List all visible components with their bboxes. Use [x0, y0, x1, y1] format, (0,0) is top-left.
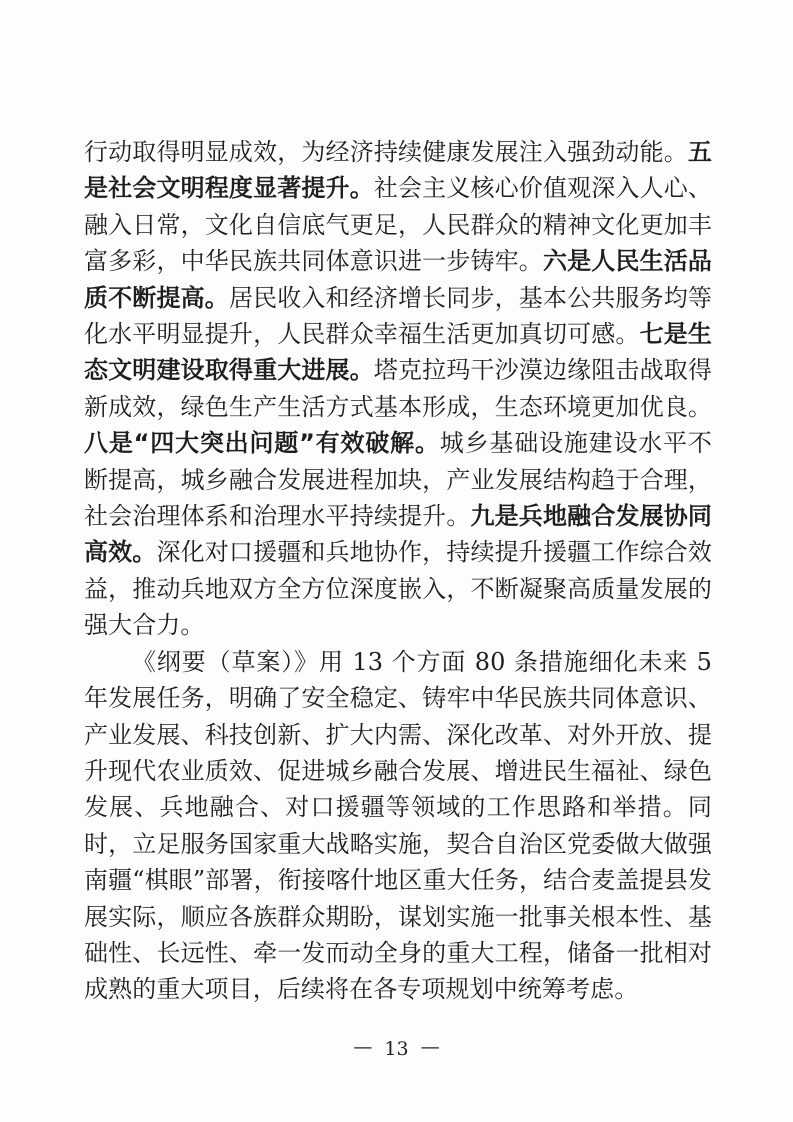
outline-paragraph: 《纲要（草案）》用 13 个方面 80 条措施细化未来 5 年发展任务，明确了安…	[84, 644, 712, 1008]
document-page: 行动取得明显成效，为经济持续健康发展注入强劲动能。五是社会文明程度显著提升。社会…	[0, 0, 793, 1122]
section-heading-run: 八是“四大突出问题”有效破解。	[84, 429, 440, 457]
footer-dash-left: —	[353, 1036, 372, 1058]
text-run: 行动取得明显成效，为经济持续健康发展注入强劲动能。	[84, 138, 688, 166]
footer-dash-right: —	[421, 1036, 440, 1058]
page-footer: —13—	[0, 1038, 793, 1060]
page-number: 13	[384, 1038, 408, 1060]
document-body: 行动取得明显成效，为经济持续健康发展注入强劲动能。五是社会文明程度显著提升。社会…	[84, 134, 712, 1008]
text-run: 深化对口援疆和兵地协作，持续提升援疆工作综合效益，推动兵地双方全方位深度嵌入，不…	[84, 538, 712, 639]
achievements-paragraph: 行动取得明显成效，为经济持续健康发展注入强劲动能。五是社会文明程度显著提升。社会…	[84, 134, 712, 644]
text-run: 《纲要（草案）》用 13 个方面 80 条措施细化未来 5 年发展任务，明确了安…	[84, 648, 712, 1004]
